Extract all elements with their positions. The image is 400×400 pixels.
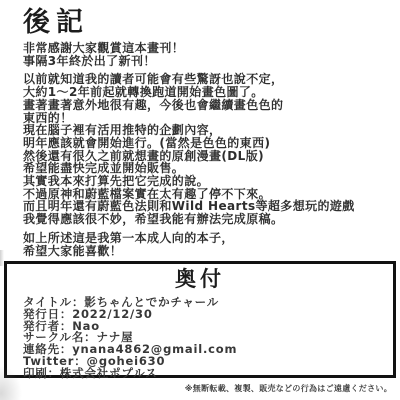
colophon-value: 株式会社ポプルス [60,366,158,380]
reproduction-disclaimer: ※無断転載、複製、販売などの行為はご遠慮ください。 [185,383,392,394]
afterword-line: 希望大家能喜歡！ [23,245,390,258]
afterword-line: 大約1～2年前起就轉換跑道開始畫色圖了。 [23,86,390,99]
scanned-afterword-page: 後記 非常感謝大家觀賞這本畫刊！ 事隔3年終於出了新刊！ 以前就知道我的讀者可能… [0,0,400,400]
colophon-row-printer: 印刷：株式会社ポプルス [23,368,393,380]
afterword-line: 如上所述這是我第一本成人向的本子， [23,232,390,245]
afterword-body: 非常感謝大家觀賞這本畫刊！ 事隔3年終於出了新刊！ 以前就知道我的讀者可能會有些… [23,42,390,257]
colophon-title: 奥付 [7,266,393,292]
afterword-section: 後記 非常感謝大家觀賞這本畫刊！ 事隔3年終於出了新刊！ 以前就知道我的讀者可能… [23,7,390,278]
afterword-line: 非常感謝大家觀賞這本畫刊！ [23,42,390,55]
afterword-line: 其實我本來打算先把它完成的說。 [23,175,390,188]
colophon-box: 奥付 タイトル：影ちゃんとでかチャール 発行日：2022/12/30 発行者：N… [4,261,396,378]
colophon-rows: タイトル：影ちゃんとでかチャール 発行日：2022/12/30 発行者：Nao … [23,297,393,380]
afterword-title: 後記 [23,7,390,39]
colophon-label: 印刷： [23,366,60,380]
afterword-line: 事隔3年終於出了新刊！ [23,55,390,68]
afterword-line: 明年應該就會開始進行。(當然是色色的東西) [23,137,390,150]
afterword-line: 畫著畫著意外地很有趣，今後也會繼續畫色色的 [23,99,390,112]
afterword-line: 我覺得應該很不妙，希望我能有辦法完成原稿。 [23,213,390,226]
